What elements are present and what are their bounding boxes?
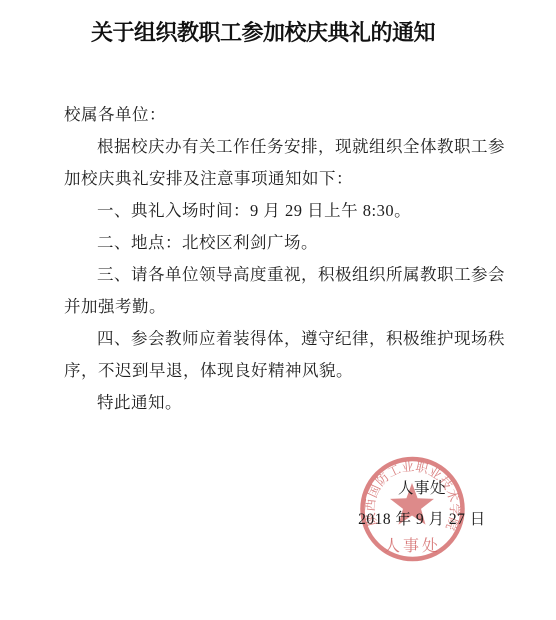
body-line: 加校庆典礼安排及注意事项通知如下： xyxy=(64,163,510,195)
closing-line: 特此通知。 xyxy=(64,387,510,419)
document-title: 关于组织教职工参加校庆典礼的通知 xyxy=(0,16,541,47)
body-line: 序，不迟到早退，体现良好精神风貌。 xyxy=(64,355,510,387)
signature-department: 人事处 xyxy=(356,477,488,501)
body-line-item-3: 三、请各单位领导高度重视，积极组织所属教职工参会 xyxy=(64,259,510,291)
signature-block: 人事处 2018 年 9 月 27 日 xyxy=(356,477,488,532)
seal-bottom-text: 人事处 xyxy=(384,537,441,555)
document-body: 校属各单位： 根据校庆办有关工作任务安排，现就组织全体教职工参 加校庆典礼安排及… xyxy=(64,99,510,419)
body-line-item-1: 一、典礼入场时间：9 月 29 日上午 8:30。 xyxy=(64,195,510,227)
body-line: 并加强考勤。 xyxy=(64,291,510,323)
body-line-item-2: 二、地点：北校区利剑广场。 xyxy=(64,227,510,259)
body-line-item-4: 四、参会教师应着装得体，遵守纪律，积极维护现场秩 xyxy=(64,323,510,355)
salutation-line: 校属各单位： xyxy=(64,99,510,131)
body-line: 根据校庆办有关工作任务安排，现就组织全体教职工参 xyxy=(64,131,510,163)
signature-date: 2018 年 9 月 27 日 xyxy=(356,508,488,532)
notice-document-page: 关于组织教职工参加校庆典礼的通知 校属各单位： 根据校庆办有关工作任务安排，现就… xyxy=(0,0,556,620)
